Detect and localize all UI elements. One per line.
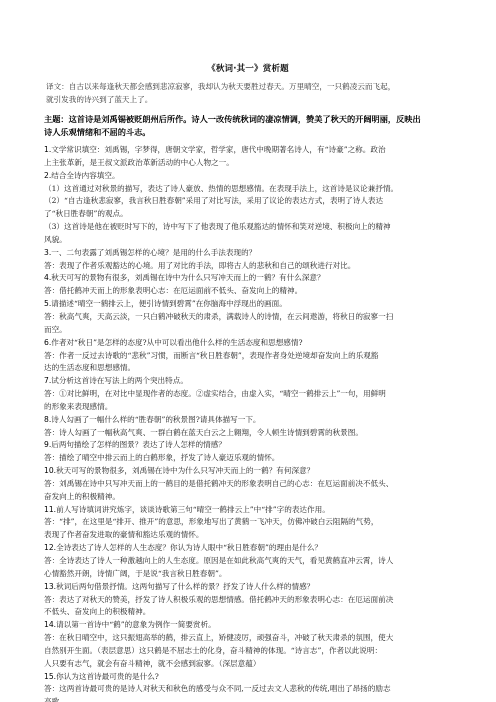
line-text: 请描述“晴空一鹤排云上，便引诗情到碧霄”在你脑海中浮现出的画面。 [51,299,287,308]
line-text: 答：表达了对秋天的赞美，抒发了诗人积极乐观的思想情感。借托鹤冲天的形象表明心志：… [44,595,393,604]
line-text: 答：“排”，在这里是“排开、推开”的意思，形象地写出了黄鹤一飞冲天，仿佛冲破白云… [44,517,378,526]
answer-line: 答：全诗表达了诗人一种激越向上的人生态度。原因是在如此秋高气爽的天气，看见黄鹤直… [44,555,452,568]
answer-line: （2）“自古逢秋悲寂寥，我言秋日胜春朝”采用了对比写法，采用了议论的表达方式，表… [44,195,452,208]
answer-line: 上主张革新，是王叔文派政治革新活动的中心人物之一。 [44,157,452,170]
line-text: 自然别开生面。（表层意思）这只鹤是不屈志士的化身，奋斗精神的体现。“诗言志”，作… [44,646,382,655]
theme-line: 诗人乐观情绪和不屈的斗志。 [44,126,452,139]
answer-line: 的形象来表现感情。 [44,401,452,414]
line-text: 答：作者一反过去诗歌的“悲秋”习惯，而断言“秋日胜春朝”，表现作者身处逆境却奋发… [44,351,378,360]
answer-line: （3）这首诗是他在被贬时写下的，诗中写下了他表现了他乐观豁达的情怀和笑对逆境、积… [44,221,452,234]
question-line: 11.前人写诗填词讲究炼字，谈谈诗歌第三句“晴空一鹤排云上”中“排”字的表达作用… [44,504,452,517]
question-line: 7.试分析这首诗在写法上的两个突出特点。 [44,375,452,388]
line-text: 文学常识填空：刘禹锡，字梦得，唐朝文学家，哲学家，唐代中晚期著名诗人，有“诗豪”… [51,145,385,154]
line-text: 作者对“秋日”是怎样的态度?从中可以看出他什么样的生活态度和思想感情? [51,338,302,347]
answer-line: 不低头、奋发向上的积极精神。 [44,606,452,619]
line-text: 上主张革新，是王叔文派政治革新活动的中心人物之一。 [44,158,234,167]
answer-line: 了“秋日胜春朝”的观点。 [44,208,452,221]
line-text: 的形象来表现感情。 [44,402,112,411]
line-text: 答：刘禹锡在诗中只写冲天而上的一鹤目的是借托鹤冲天的形象表明自己的心志：在厄运面… [44,479,393,488]
question-line: 9.后两句描绘了怎样的图景？表达了诗人怎样的情感？ [44,439,452,452]
line-text: 达的生活态度和思想感情。 [44,363,135,372]
line-text: 秋词后两句借景抒情。这两句描写了什么样的景？抒发了诗人什么样的情感？ [56,582,314,591]
answer-line: 心情豁然开朗，诗情广阔，于是说“我言秋日胜春朝”。 [44,568,452,581]
answer-line: （1）这首通过对秋景的描写，表达了诗人豪放、热情的思想感情。在表现手法上，这首诗… [44,183,452,196]
question-line: 5.请描述“晴空一鹤排云上，便引诗情到碧霄”在你脑海中浮现出的画面。 [44,298,452,311]
line-text: 答：这两首诗最可贵的是诗人对秋天和秋色的感受与众不同,一反过去文人悲秋的传统,唱… [44,684,391,693]
question-line: 6.作者对“秋日”是怎样的态度?从中可以看出他什么样的生活态度和思想感情? [44,337,452,350]
line-text: 结合全诗内容填空。 [51,171,119,180]
answer-line: 高歌。 [44,696,452,702]
line-text: （3）这首诗是他在被贬时写下的，诗中写下了他表现了他乐观豁达的情怀和笑对逆境、积… [44,222,391,231]
line-text: 心情豁然开朗，诗情广阔，于是说“我言秋日胜春朝”。 [44,569,226,578]
question-line: 12.全诗表达了诗人怎样的人生态度？你认为诗人眼中“秋日胜春朝”的理由是什么？ [44,542,452,555]
line-text: 秋天可写的景物很多，刘禹锡在诗中为什么只写冲天而上的一鹤？有何深意？ [56,466,314,475]
answer-line: 答：秋高气爽，天高云淡，一只白鹤冲破秋天的肃杀，满载诗人的诗情，在云间遨游，将秋… [44,311,452,324]
item-number: 15. [44,672,56,681]
translation-line: 就引发我的诗兴到了蓝天上了。 [46,93,450,106]
line-text: 秋天可写的景物有很多，刘禹锡在诗中为什么只写冲天而上的一鹤？有什么深意？ [51,273,324,282]
line-text: 高歌。 [44,697,67,702]
answer-line: 奋发向上的积极精神。 [44,491,452,504]
line-text: 答：描绘了晴空中排云而上的白鹤形象，抒发了诗人豪迈乐观的情怀。 [44,453,279,462]
line-text: 人只要有志气，就会有奋斗精神，就不会感到寂寥。（深层意蕴） [44,659,260,668]
question-line: 3.一、二句表露了刘禹锡怎样的心境？是用的什么手法表现的？ [44,247,452,260]
theme-paragraph: 主题：这首诗是刘禹锡被贬朗州后所作。诗人一改传统秋词的凄凉情调，赞美了秋天的开阔… [44,113,452,139]
answer-line: 答：“排”，在这里是“排开、推开”的意思，形象地写出了黄鹤一飞冲天，仿佛冲破白云… [44,516,452,529]
line-text: 风貌。 [44,235,67,244]
line-text: 答：①对比鲜明，在对比中显现作者的态度。②虚实结合，由虚入实，“晴空一鹤排云上”… [44,389,386,398]
item-number: 13. [44,582,56,591]
line-text: 了“秋日胜春朝”的观点。 [44,209,128,218]
questions-and-answers: 1.文学常识填空：刘禹锡，字梦得，唐朝文学家，哲学家，唐代中晚期著名诗人，有“诗… [44,144,452,702]
answer-line: 而空。 [44,324,452,337]
answer-line: 答：诗人勾画了一幅秋高气爽、一群白鹤在蓝天白云之上翱翔，令人顿生诗情到碧霄的秋景… [44,427,452,440]
question-line: 14.请以第一首诗中“鹤”的意象为例作一简要赏析。 [44,619,452,632]
item-number: 14. [44,620,56,629]
line-text: 答：诗人勾画了一幅秋高气爽、一群白鹤在蓝天白云之上翱翔，令人顿生诗情到碧霄的秋景… [44,428,363,437]
answer-line: 风貌。 [44,234,452,247]
question-line: 1.文学常识填空：刘禹锡，字梦得，唐朝文学家，哲学家，唐代中晚期著名诗人，有“诗… [44,144,452,157]
answer-line: 答：①对比鲜明，在对比中显现作者的态度。②虚实结合，由虚入实，“晴空一鹤排云上”… [44,388,452,401]
answer-line: 答：表现了作者乐观豁达的心境。用了对比的手法，即将古人的悲秋和自己的颂秋进行对比… [44,260,452,273]
answer-line: 表现了作者奋发进取的豪情和豁达乐观的情怀。 [44,529,452,542]
document-title: 《秋词·其一》赏析题 [44,62,452,74]
question-line: 2.结合全诗内容填空。 [44,170,452,183]
line-text: 答：全诗表达了诗人一种激越向上的人生态度。原因是在如此秋高气爽的天气，看见黄鹤直… [44,556,393,565]
question-line: 13.秋词后两句借景抒情。这两句描写了什么样的景？抒发了诗人什么样的情感？ [44,581,452,594]
answer-line: 答：借托鹤冲天而上的形象表明心志：在厄运面前不低头、奋发向上的精神。 [44,285,452,298]
answer-line: 答：作者一反过去诗歌的“悲秋”习惯，而断言“秋日胜春朝”，表现作者身处逆境却奋发… [44,350,452,363]
line-text: 而空。 [44,325,67,334]
line-text: （2）“自古逢秋悲寂寥，我言秋日胜春朝”采用了对比写法，采用了议论的表达方式，表… [44,196,383,205]
answer-line: 达的生活态度和思想感情。 [44,362,452,375]
line-text: 一、二句表露了刘禹锡怎样的心境？是用的什么手法表现的？ [51,248,256,257]
item-number: 12. [44,543,56,552]
answer-line: 答：描绘了晴空中排云而上的白鹤形象，抒发了诗人豪迈乐观的情怀。 [44,452,452,465]
line-text: 答：借托鹤冲天而上的形象表明心志：在厄运面前不低头、奋发向上的精神。 [44,286,302,295]
line-text: 诗人勾画了一幅什么样的“胜春朝”的秋景图?请具体描写一下。 [51,415,260,424]
line-text: （1）这首通过对秋景的描写，表达了诗人豪放、热情的思想感情。在表现手法上，这首诗… [44,184,398,193]
line-text: 答：在秋日晴空中，这只振翅高举的鹤，排云直上，矫健凌厉，顽强奋斗，冲破了秋天肃杀… [44,633,393,642]
item-number: 10. [44,466,56,475]
answer-line: 答：这两首诗最可贵的是诗人对秋天和秋色的感受与众不同,一反过去文人悲秋的传统,唱… [44,683,452,696]
question-line: 4.秋天可写的景物有很多，刘禹锡在诗中为什么只写冲天而上的一鹤？有什么深意？ [44,272,452,285]
answer-line: 人只要有志气，就会有奋斗精神，就不会感到寂寥。（深层意蕴） [44,658,452,671]
line-text: 试分析这首诗在写法上的两个突出特点。 [51,376,188,385]
line-text: 后两句描绘了怎样的图景？表达了诗人怎样的情感？ [51,440,226,449]
line-text: 不低头、奋发向上的积极精神。 [44,607,150,616]
line-text: 表现了作者奋发进取的豪情和豁达乐观的情怀。 [44,530,203,539]
line-text: 你认为这首诗最可贵的是什么? [56,672,159,681]
question-line: 15.你认为这首诗最可贵的是什么? [44,671,452,684]
item-number: 11. [44,505,56,514]
translation-line: 译文：自古以来每逢秋天都会感到悲凉寂寥，我却认为秋天要胜过春天。万里晴空，一只鹤… [46,80,450,93]
question-line: 8.诗人勾画了一幅什么样的“胜春朝”的秋景图?请具体描写一下。 [44,414,452,427]
line-text: 奋发向上的积极精神。 [44,492,120,501]
line-text: 前人写诗填词讲究炼字，谈谈诗歌第三句“晴空一鹤排云上”中“排”字的表达作用。 [56,505,330,514]
line-text: 全诗表达了诗人怎样的人生态度？你认为诗人眼中“秋日胜春朝”的理由是什么？ [56,543,322,552]
answer-line: 答：在秋日晴空中，这只振翅高举的鹤，排云直上，矫健凌厉，顽强奋斗，冲破了秋天肃杀… [44,632,452,645]
line-text: 答：秋高气爽，天高云淡，一只白鹤冲破秋天的肃杀，满载诗人的诗情，在云间遨游，将秋… [44,312,393,321]
theme-line: 主题：这首诗是刘禹锡被贬朗州后所作。诗人一改传统秋词的凄凉情调，赞美了秋天的开阔… [44,113,452,126]
answer-line: 答：刘禹锡在诗中只写冲天而上的一鹤目的是借托鹤冲天的形象表明自己的心志：在厄运面… [44,478,452,491]
line-text: 答：表现了作者乐观豁达的心境。用了对比的手法，即将古人的悲秋和自己的颂秋进行对比… [44,261,355,270]
answer-line: 答：表达了对秋天的赞美，抒发了诗人积极乐观的思想情感。借托鹤冲天的形象表明心志：… [44,594,452,607]
answer-line: 自然别开生面。（表层意思）这只鹤是不屈志士的化身，奋斗精神的体现。“诗言志”，作… [44,645,452,658]
line-text: 请以第一首诗中“鹤”的意象为例作一简要赏析。 [56,620,216,629]
question-line: 10.秋天可写的景物很多，刘禹锡在诗中为什么只写冲天而上的一鹤？有何深意？ [44,465,452,478]
translation-paragraph: 译文：自古以来每逢秋天都会感到悲凉寂寥，我却认为秋天要胜过春天。万里晴空，一只鹤… [46,80,450,106]
